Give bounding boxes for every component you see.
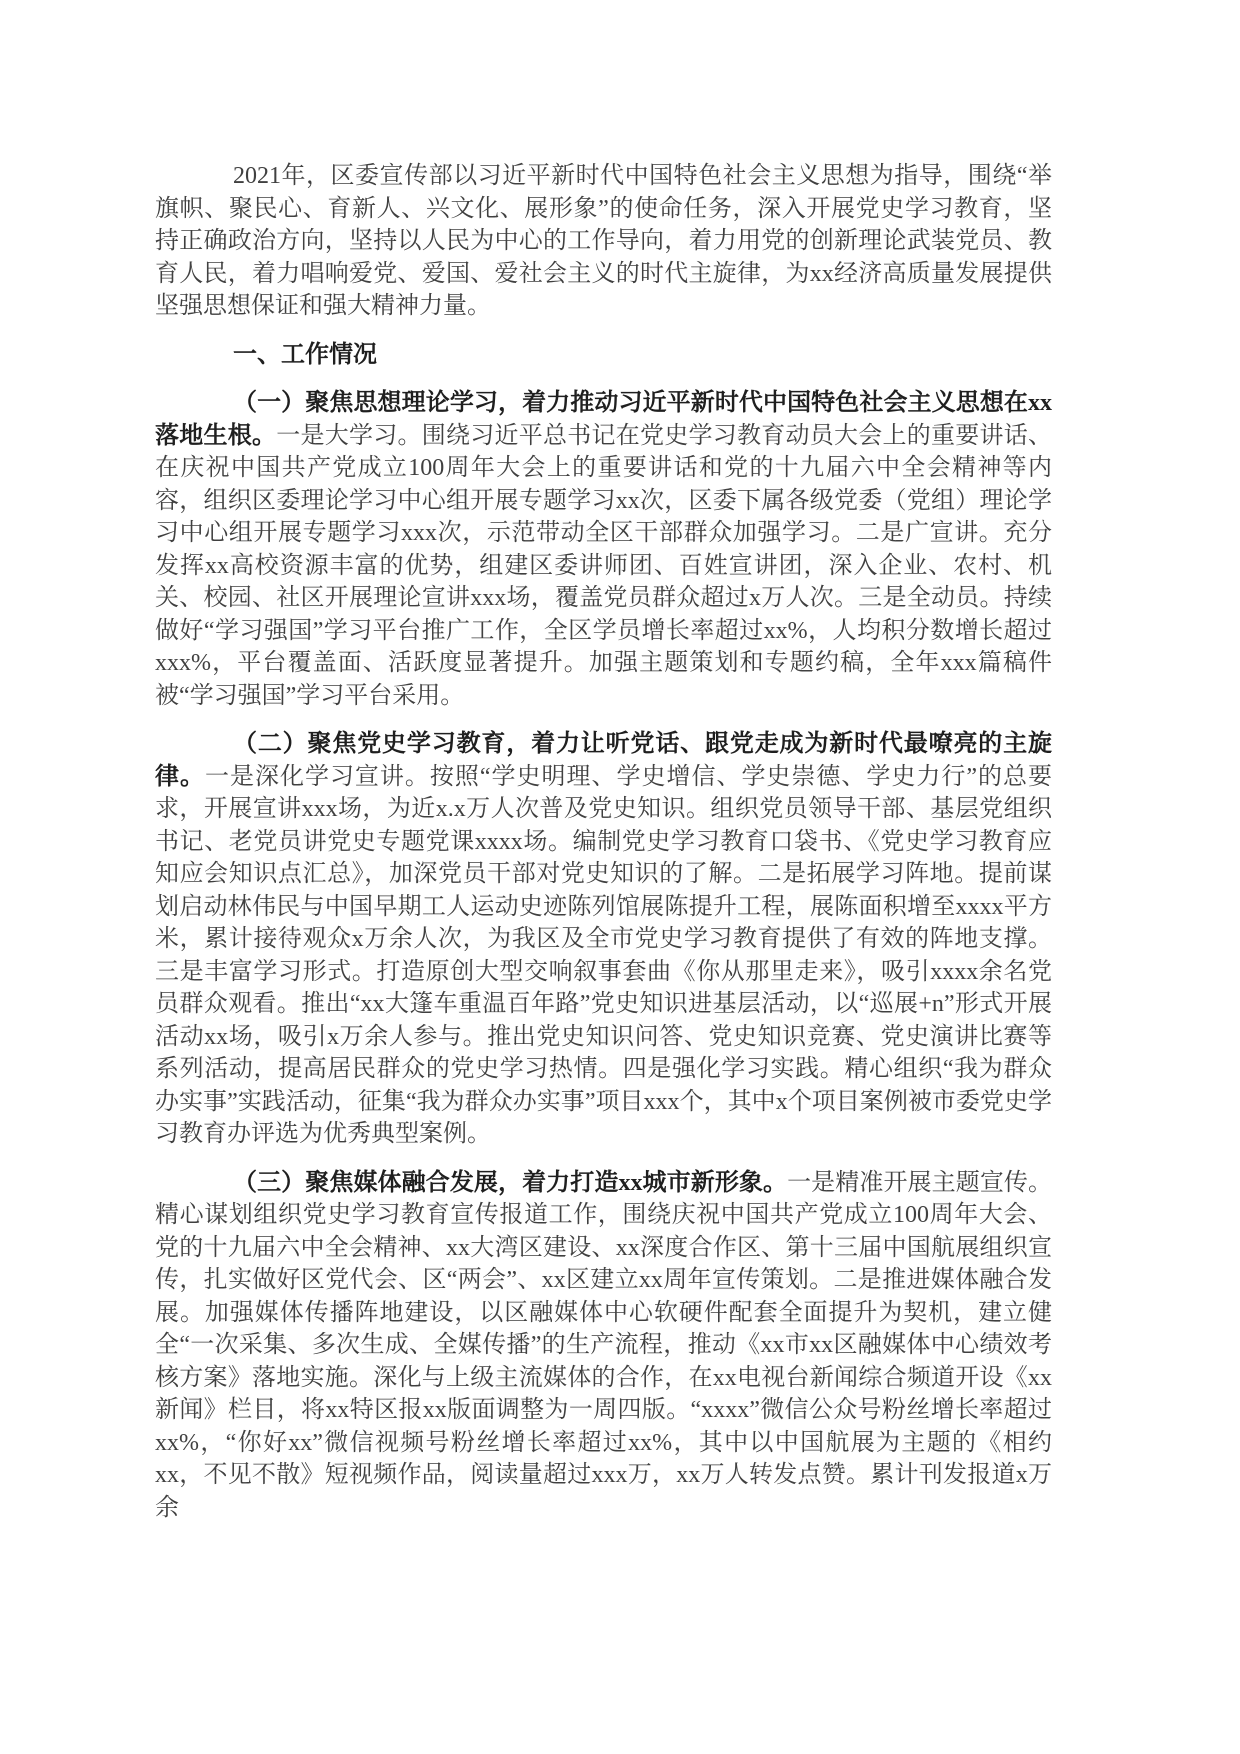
paragraph-2: （二）聚焦党史学习教育，着力让听党话、跟党走成为新时代最嘹亮的主旋律。一是深化学…	[155, 728, 1052, 1151]
paragraph-3-body: 一是精准开展主题宣传。精心谋划组织党史学习教育宣传报道工作，围绕庆祝中国共产党成…	[155, 1170, 1052, 1521]
paragraph-3: （三）聚焦媒体融合发展，着力打造xx城市新形象。一是精准开展主题宣传。精心谋划组…	[155, 1167, 1052, 1525]
paragraph-1-body: 一是大学习。围绕习近平总书记在党史学习教育动员大会上的重要讲话、在庆祝中国共产党…	[155, 423, 1052, 709]
intro-paragraph: 2021年，区委宣传部以习近平新时代中国特色社会主义思想为指导，围绕“举旗帜、聚…	[155, 160, 1052, 323]
document-page: 2021年，区委宣传部以习近平新时代中国特色社会主义思想为指导，围绕“举旗帜、聚…	[0, 0, 1240, 1754]
section-heading-work-overview: 一、工作情况	[155, 339, 1052, 372]
paragraph-1: （一）聚焦思想理论学习，着力推动习近平新时代中国特色社会主义思想在xx落地生根。…	[155, 387, 1052, 712]
intro-paragraph-text: 2021年，区委宣传部以习近平新时代中国特色社会主义思想为指导，围绕“举旗帜、聚…	[155, 163, 1052, 319]
paragraph-2-body: 一是深化学习宣讲。按照“学史明理、学史增信、学史崇德、学史力行”的总要求，开展宣…	[155, 764, 1052, 1148]
paragraph-3-lead: （三）聚焦媒体融合发展，着力打造xx城市新形象。	[233, 1170, 787, 1196]
